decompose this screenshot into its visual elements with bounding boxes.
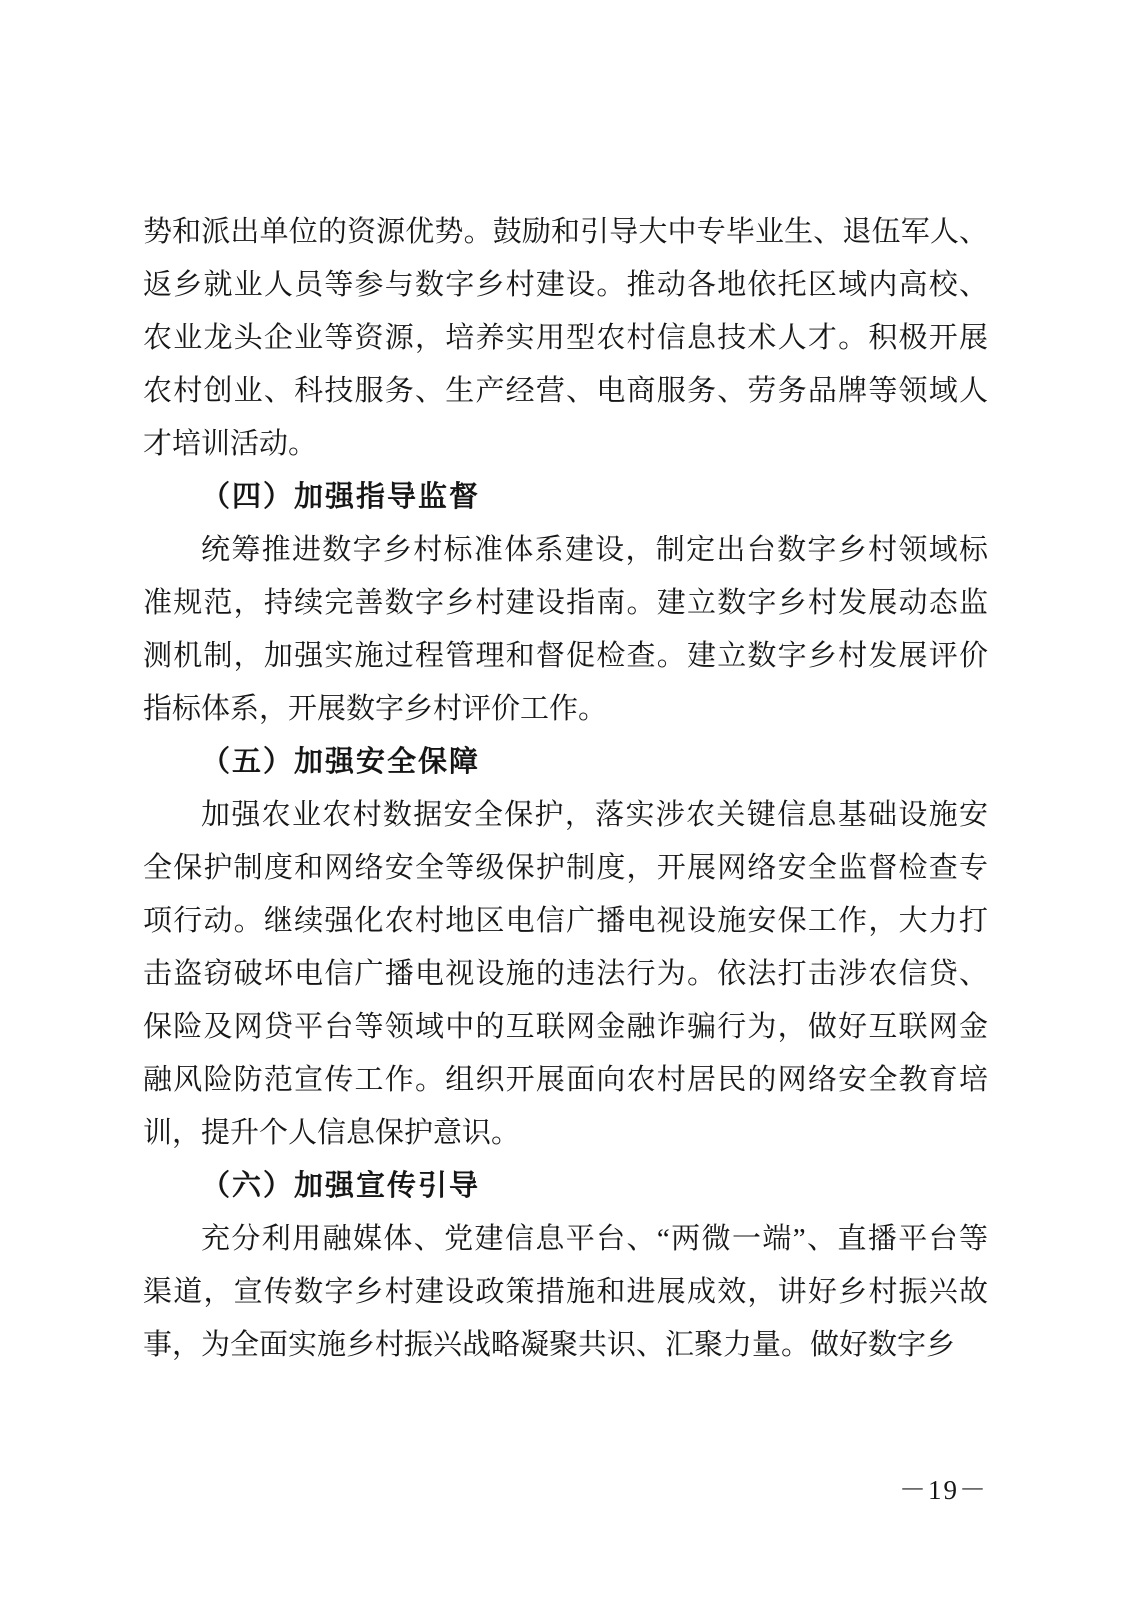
document-body: 势和派出单位的资源优势。鼓励和引导大中专毕业生、退伍军人、返乡就业人员等参与数字… <box>143 206 988 1372</box>
text-line: （四）加强指导监督 <box>143 471 988 524</box>
text-line: （五）加强安全保障 <box>143 736 988 789</box>
text-line: 返乡就业人员等参与数字乡村建设。推动各地依托区域内高校、 <box>143 259 988 312</box>
section-heading: （六）加强宣传引导 <box>143 1160 988 1213</box>
text-line: 击盗窃破坏电信广播电视设施的违法行为。依法打击涉农信贷、 <box>143 948 988 1001</box>
text-line: 农村创业、科技服务、生产经营、电商服务、劳务品牌等领域人 <box>143 365 988 418</box>
body-paragraph: 充分利用融媒体、党建信息平台、“两微一端”、直播平台等渠道，宣传数字乡村建设政策… <box>143 1213 988 1372</box>
text-line: 农业龙头企业等资源，培养实用型农村信息技术人才。积极开展 <box>143 312 988 365</box>
text-line: 融风险防范宣传工作。组织开展面向农村居民的网络安全教育培 <box>143 1054 988 1107</box>
text-line: 保险及网贷平台等领域中的互联网金融诈骗行为，做好互联网金 <box>143 1001 988 1054</box>
text-line: 渠道，宣传数字乡村建设政策措施和进展成效，讲好乡村振兴故 <box>143 1266 988 1319</box>
text-line: 训，提升个人信息保护意识。 <box>143 1107 988 1160</box>
text-line: 全保护制度和网络安全等级保护制度，开展网络安全监督检查专 <box>143 842 988 895</box>
text-line: 加强农业农村数据安全保护，落实涉农关键信息基础设施安 <box>143 789 988 842</box>
text-line: 测机制，加强实施过程管理和督促检查。建立数字乡村发展评价 <box>143 630 988 683</box>
section-heading: （四）加强指导监督 <box>143 471 988 524</box>
text-line: （六）加强宣传引导 <box>143 1160 988 1213</box>
text-line: 项行动。继续强化农村地区电信广播电视设施安保工作，大力打 <box>143 895 988 948</box>
body-paragraph: 势和派出单位的资源优势。鼓励和引导大中专毕业生、退伍军人、返乡就业人员等参与数字… <box>143 206 988 471</box>
text-line: 统筹推进数字乡村标准体系建设，制定出台数字乡村领域标 <box>143 524 988 577</box>
text-line: 准规范，持续完善数字乡村建设指南。建立数字乡村发展动态监 <box>143 577 988 630</box>
body-paragraph: 统筹推进数字乡村标准体系建设，制定出台数字乡村领域标准规范，持续完善数字乡村建设… <box>143 524 988 736</box>
text-line: 势和派出单位的资源优势。鼓励和引导大中专毕业生、退伍军人、 <box>143 206 988 259</box>
text-line: 事，为全面实施乡村振兴战略凝聚共识、汇聚力量。做好数字乡 <box>143 1319 988 1372</box>
text-line: 充分利用融媒体、党建信息平台、“两微一端”、直播平台等 <box>143 1213 988 1266</box>
section-heading: （五）加强安全保障 <box>143 736 988 789</box>
page-number: －19－ <box>899 1474 988 1506</box>
body-paragraph: 加强农业农村数据安全保护，落实涉农关键信息基础设施安全保护制度和网络安全等级保护… <box>143 789 988 1160</box>
text-line: 才培训活动。 <box>143 418 988 471</box>
document-page: 势和派出单位的资源优势。鼓励和引导大中专毕业生、退伍军人、返乡就业人员等参与数字… <box>0 0 1131 1600</box>
text-line: 指标体系，开展数字乡村评价工作。 <box>143 683 988 736</box>
